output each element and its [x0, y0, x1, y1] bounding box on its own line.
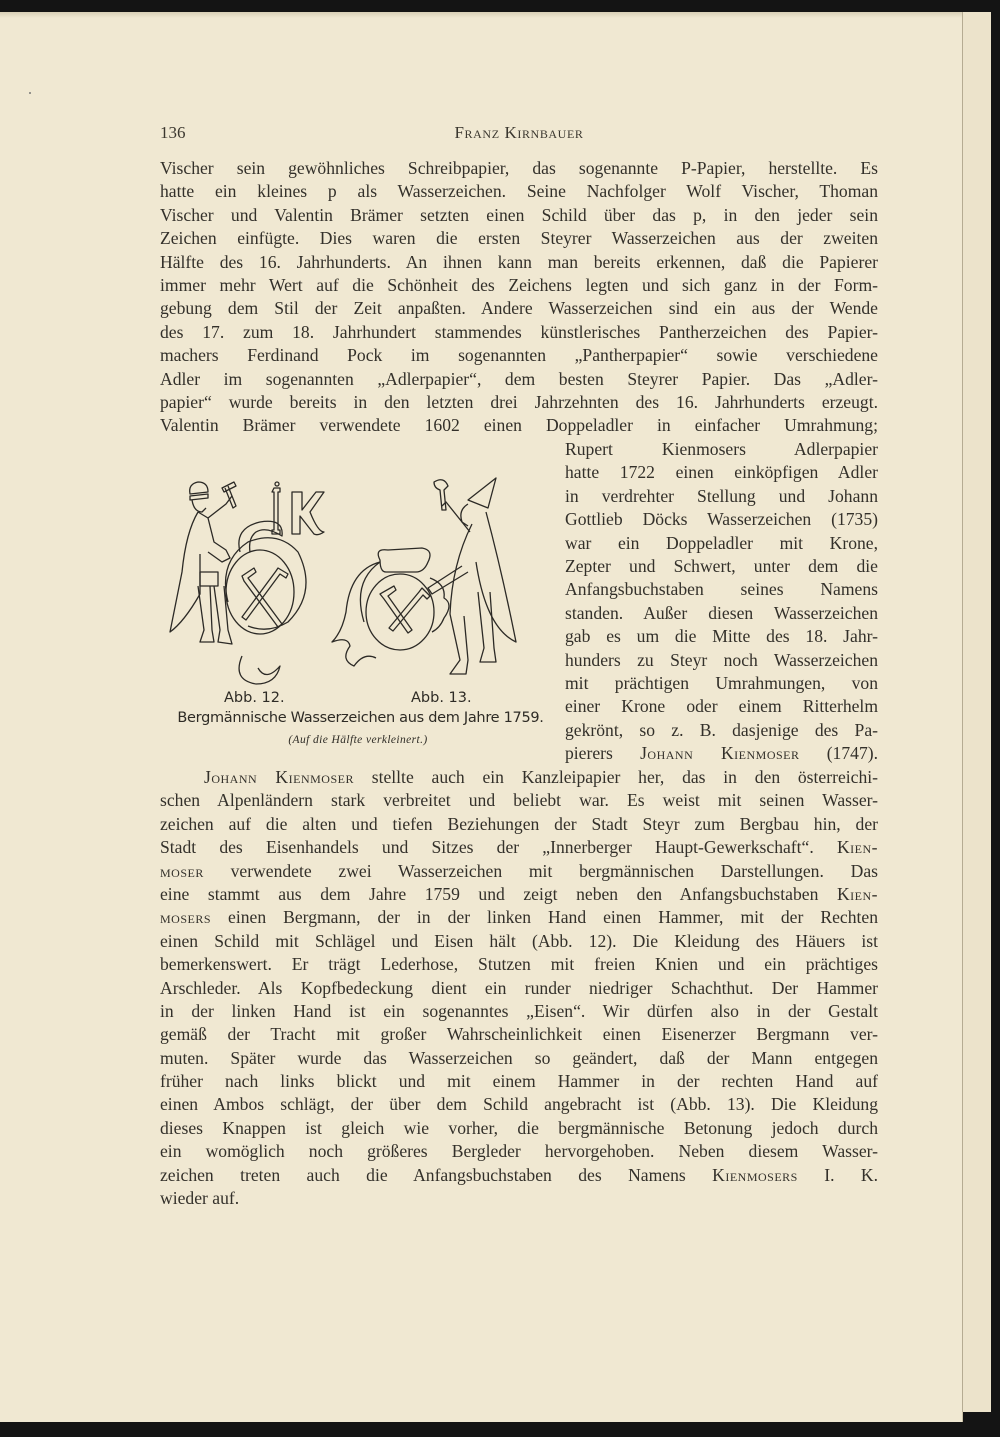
person-name: Kien- — [837, 884, 878, 904]
text-line: früher nach links blickt und mit einem H… — [160, 1070, 878, 1093]
running-title: Franz Kirnbauer — [160, 123, 878, 143]
text-line: muten. Später wurde das Wasserzeichen so… — [160, 1047, 878, 1070]
text-line: hunders zu Steyr noch Wasserzeichen — [565, 649, 878, 672]
person-name: Kien- — [837, 837, 878, 857]
paper-speck — [29, 92, 31, 94]
person-name: moser — [160, 861, 204, 881]
text-line: Johann Kienmoser stellte auch ein Kanzle… — [160, 766, 878, 789]
text-line: einen Ambos schlägt, der über dem Schild… — [160, 1093, 878, 1116]
fig12-shield — [226, 521, 307, 684]
text-line: ein womöglich noch größeres Bergleder he… — [160, 1140, 878, 1163]
text-line: Anfangsbuchstaben seines Namens — [565, 578, 878, 601]
person-name: Johann Kienmoser — [640, 743, 799, 763]
text-line: Valentin Brämer verwendete 1602 einen Do… — [160, 414, 878, 437]
page-stack-edge — [962, 12, 991, 1412]
text-line: zeichen auf die alten und tiefen Beziehu… — [160, 813, 878, 836]
text-line: schen Alpenländern stark verbreitet und … — [160, 789, 878, 812]
text-fragment: (1747). — [800, 743, 879, 763]
text-line: einen Schild mit Schlägel und Eisen hält… — [160, 930, 878, 953]
text-line: wieder auf. — [160, 1187, 878, 1210]
text-line: dieses Knappen ist gleich wie vorher, di… — [160, 1117, 878, 1140]
text-line: gebung dem Stil der Zeit anpaßten. Ander… — [160, 297, 878, 320]
fig12-miner — [170, 482, 236, 644]
text-line: eine stammt aus dem Jahre 1759 und zeigt… — [160, 883, 878, 906]
figure-watermarks: Abb. 12. Abb. 13. Bergmännische Wasserze… — [168, 452, 548, 762]
text-line: hatte 1722 einen einköpfigen Adler — [565, 461, 878, 484]
text-fragment: einen Bergmann, der in der linken Hand e… — [211, 907, 878, 927]
text-line: gab es um die Mitte des 18. Jahr- — [565, 625, 878, 648]
text-line: mosers einen Bergmann, der in der linken… — [160, 906, 878, 929]
text-line: des 17. zum 18. Jahrhundert stammendes k… — [160, 321, 878, 344]
watermark-illustrations-icon — [168, 452, 548, 692]
fig12-initials — [272, 482, 324, 535]
text-line: moser verwendete zwei Wasserzeichen mit … — [160, 860, 878, 883]
text-line: Vischer und Valentin Brämer setzten eine… — [160, 204, 878, 227]
text-line: hatte ein kleines p als Wasserzeichen. S… — [160, 180, 878, 203]
paragraph-2: Johann Kienmoser stellte auch ein Kanzle… — [160, 766, 878, 1210]
figure-caption: Bergmännische Wasserzeichen aus dem Jahr… — [173, 710, 548, 726]
text-line: in verdrehter Stellung und Johann — [565, 485, 878, 508]
text-line: war ein Doppeladler mit Krone, — [565, 532, 878, 555]
text-fragment: zeichen treten auch die Anfangsbuchstabe… — [160, 1165, 712, 1185]
text-line: standen. Außer diesen Wasserzeichen — [565, 602, 878, 625]
text-fragment: verwendete zwei Wasserzeichen mit bergmä… — [204, 861, 878, 881]
text-line: Adler im sogenannten „Adlerpapier“, dem … — [160, 368, 878, 391]
text-line: Vischer sein gewöhnliches Schreibpapier,… — [160, 157, 878, 180]
fig13-miner — [428, 478, 516, 674]
fig13-shield — [332, 548, 449, 666]
text-line: papier“ wurde bereits in den letzten dre… — [160, 391, 878, 414]
text-line: machers Ferdinand Pock im sogenannten „P… — [160, 344, 878, 367]
text-line: gekrönt, so z. B. dasjenige des Pa- — [565, 719, 878, 742]
figure-label-abb12: Abb. 12. — [224, 690, 285, 706]
text-line: zeichen treten auch die Anfangsbuchstabe… — [160, 1164, 878, 1187]
text-line: Stadt des Eisenhandels und Sitzes der „I… — [160, 836, 878, 859]
text-line: bemerkenswert. Er trägt Lederhose, Stutz… — [160, 953, 878, 976]
text-line: gemäß der Tracht mit großer Wahrscheinli… — [160, 1023, 878, 1046]
person-name: mosers — [160, 907, 211, 927]
text-line: pierers Johann Kienmoser (1747). — [565, 742, 878, 765]
text-line: in der linken Hand ist ein sogenanntes „… — [160, 1000, 878, 1023]
text-line: Hälfte des 16. Jahrhunderts. An ihnen ka… — [160, 251, 878, 274]
text-line: Gottlieb Döcks Wasserzeichen (1735) — [565, 508, 878, 531]
paragraph-1-side-column: Rupert Kienmosers Adlerpapier hatte 1722… — [565, 438, 878, 765]
text-line: Rupert Kienmosers Adlerpapier — [565, 438, 878, 461]
text-line: Zepter und Schwert, unter dem die — [565, 555, 878, 578]
text-line: mit prächtigen Umrahmungen, von — [565, 672, 878, 695]
text-fragment: Stadt des Eisenhandels und Sitzes der „I… — [160, 837, 837, 857]
text-line: immer mehr Wert auf die Schönheit des Ze… — [160, 274, 878, 297]
figure-label-abb13: Abb. 13. — [411, 690, 472, 706]
text-line: Zeichen einfügte. Dies waren die ersten … — [160, 227, 878, 250]
text-fragment: pierers — [565, 743, 640, 763]
person-name: Kienmosers — [712, 1165, 798, 1185]
text-line: einer Krone oder einem Ritterhelm — [565, 695, 878, 718]
figure-note: (Auf die Hälfte verkleinert.) — [168, 734, 548, 746]
text-fragment: stellte auch ein Kanzleipapier her, das … — [354, 767, 878, 787]
page-top-shadow — [0, 12, 962, 18]
text-fragment: I. K. — [798, 1165, 878, 1185]
person-name: Johann Kienmoser — [204, 767, 354, 787]
paragraph-1-full: Vischer sein gewöhnliches Schreibpapier,… — [160, 157, 878, 438]
text-fragment: eine stammt aus dem Jahre 1759 und zeigt… — [160, 884, 837, 904]
text-line: Arschleder. Als Kopfbedeckung dient ein … — [160, 977, 878, 1000]
